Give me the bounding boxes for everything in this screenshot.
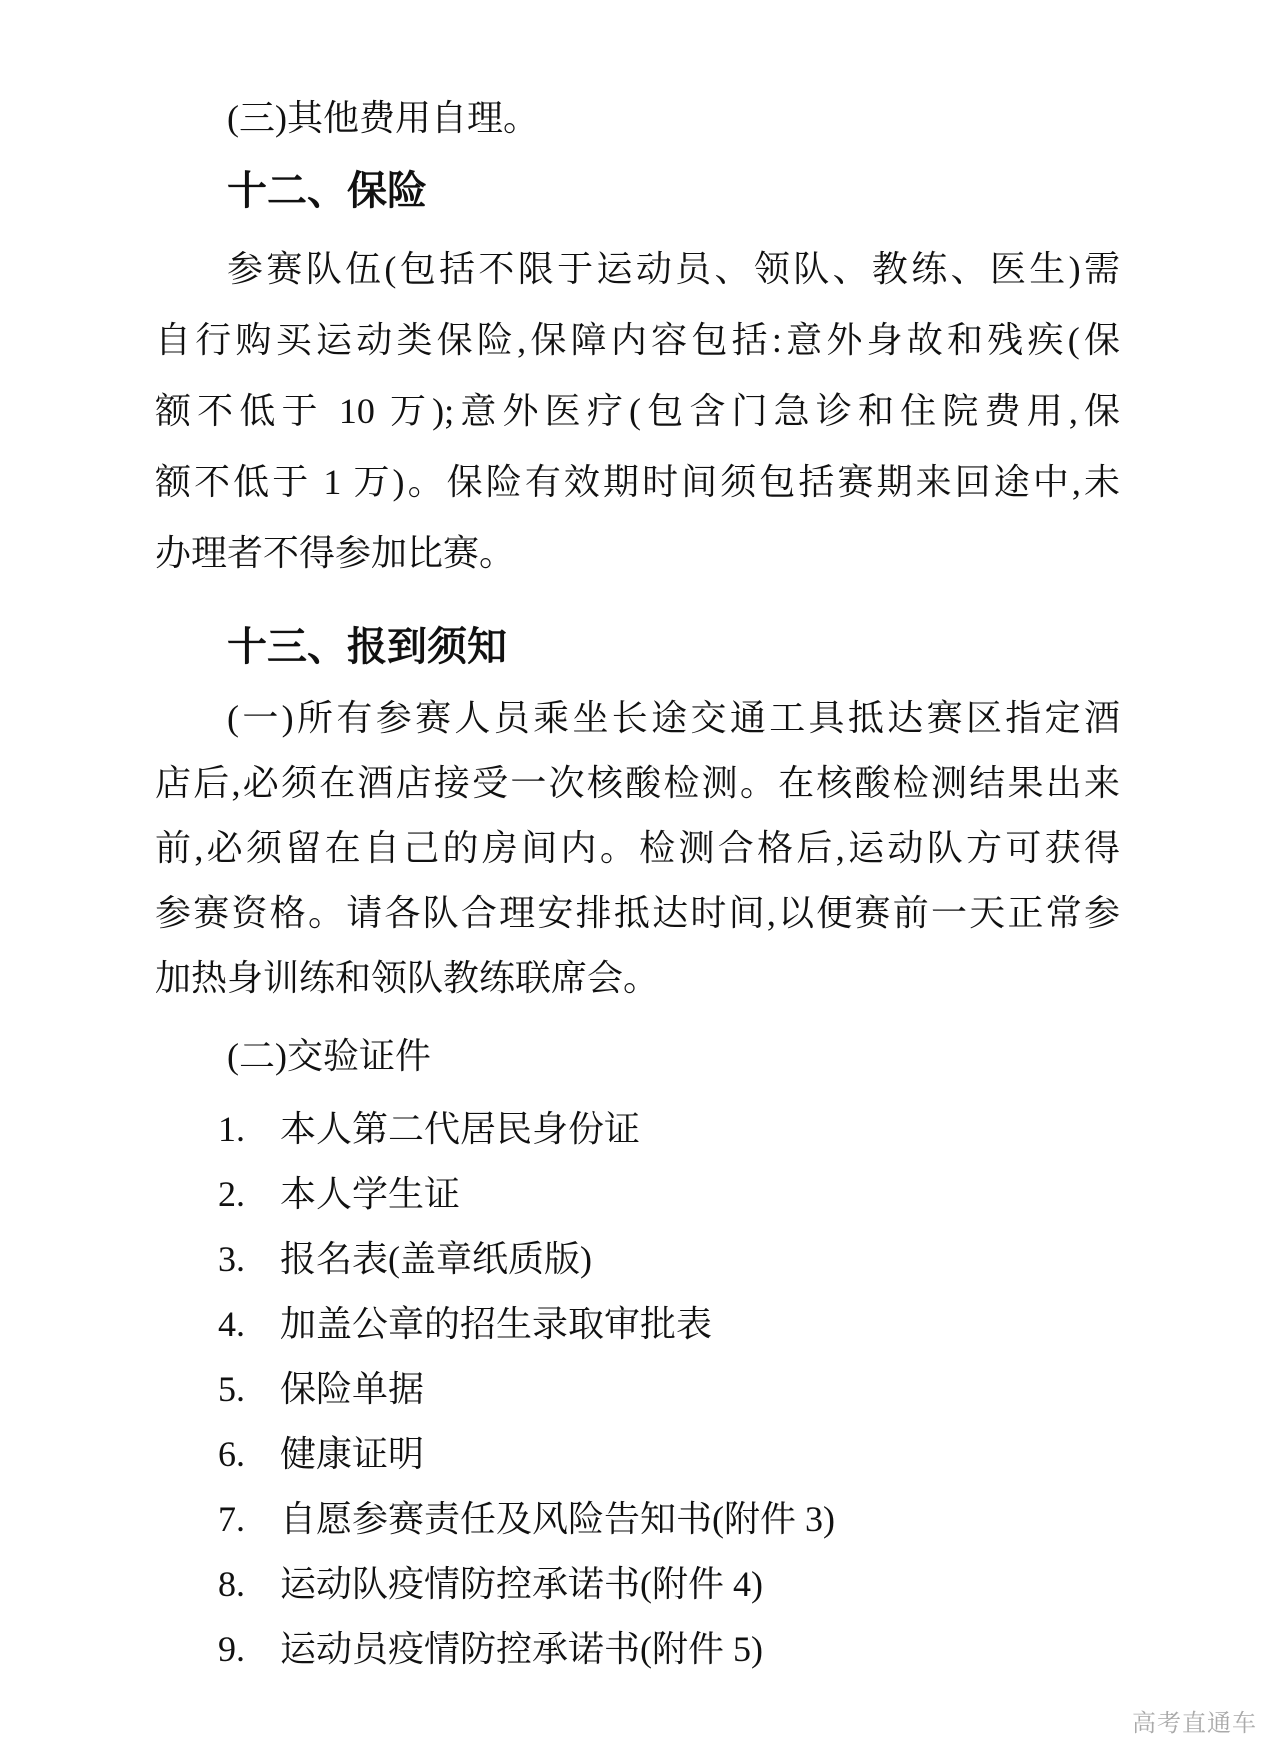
section-heading-insurance: 十二、保险 xyxy=(155,159,1120,224)
paragraph-line: 参赛队伍(包括不限于运动员、领队、教练、医生)需 xyxy=(155,234,1120,305)
doc-item-number: 6. xyxy=(218,1422,280,1487)
doc-item-text: 运动员疫情防控承诺书(附件 5) xyxy=(280,1629,763,1669)
doc-item-text: 健康证明 xyxy=(280,1434,424,1474)
paragraph-line: 店后,必须在酒店接受一次核酸检测。在核酸检测结果出来 xyxy=(155,751,1120,816)
doc-item-number: 4. xyxy=(218,1292,280,1357)
doc-item-number: 1. xyxy=(218,1097,280,1162)
paragraph-line: 额不低于 1 万)。保险有效期时间须包括赛期来回途中,未 xyxy=(155,447,1120,518)
doc-item: 7.自愿参赛责任及风险告知书(附件 3) xyxy=(155,1487,1120,1552)
paragraph-line: 加热身训练和领队教练联席会。 xyxy=(155,946,1120,1011)
doc-item: 3.报名表(盖章纸质版) xyxy=(155,1227,1120,1292)
doc-item: 6.健康证明 xyxy=(155,1422,1120,1487)
doc-item: 9.运动员疫情防控承诺书(附件 5) xyxy=(155,1617,1120,1682)
doc-item: 1.本人第二代居民身份证 xyxy=(155,1097,1120,1162)
paragraph-line: 自行购买运动类保险,保障内容包括:意外身故和残疾(保 xyxy=(155,305,1120,376)
doc-item-number: 5. xyxy=(218,1357,280,1422)
doc-item-text: 报名表(盖章纸质版) xyxy=(280,1239,592,1279)
paragraph-line: 额不低于 10 万);意外医疗(包含门急诊和住院费用,保 xyxy=(155,376,1120,447)
doc-item-number: 2. xyxy=(218,1162,280,1227)
doc-item-text: 本人第二代居民身份证 xyxy=(280,1109,640,1149)
doc-item-text: 加盖公章的招生录取审批表 xyxy=(280,1304,712,1344)
paragraph-line: (一)所有参赛人员乘坐长途交通工具抵达赛区指定酒 xyxy=(155,686,1120,751)
document-page: (三)其他费用自理。 十二、保险 参赛队伍(包括不限于运动员、领队、教练、医生)… xyxy=(0,0,1280,1764)
watermark: 高考直通车 xyxy=(1132,1703,1257,1738)
document-content: (三)其他费用自理。 十二、保险 参赛队伍(包括不限于运动员、领队、教练、医生)… xyxy=(155,86,1120,1682)
doc-item-text: 保险单据 xyxy=(280,1369,424,1409)
section-heading-checkin: 十三、报到须知 xyxy=(155,615,1120,680)
doc-item-text: 自愿参赛责任及风险告知书(附件 3) xyxy=(280,1499,835,1539)
paragraph-line: 办理者不得参加比赛。 xyxy=(155,518,1120,589)
doc-item: 5.保险单据 xyxy=(155,1357,1120,1422)
checkin-paragraph: (一)所有参赛人员乘坐长途交通工具抵达赛区指定酒 店后,必须在酒店接受一次核酸检… xyxy=(155,686,1120,1011)
doc-item-number: 8. xyxy=(218,1552,280,1617)
doc-item: 4.加盖公章的招生录取审批表 xyxy=(155,1292,1120,1357)
doc-item: 8.运动队疫情防控承诺书(附件 4) xyxy=(155,1552,1120,1617)
documents-label: (二)交验证件 xyxy=(155,1024,1120,1089)
doc-item-text: 本人学生证 xyxy=(280,1174,460,1214)
paragraph-line: 参赛资格。请各队合理安排抵达时间,以便赛前一天正常参 xyxy=(155,881,1120,946)
doc-item-number: 9. xyxy=(218,1617,280,1682)
doc-item-number: 7. xyxy=(218,1487,280,1552)
insurance-paragraph: 参赛队伍(包括不限于运动员、领队、教练、医生)需 自行购买运动类保险,保障内容包… xyxy=(155,234,1120,589)
doc-item: 2.本人学生证 xyxy=(155,1162,1120,1227)
doc-item-text: 运动队疫情防控承诺书(附件 4) xyxy=(280,1564,763,1604)
fee-note-line: (三)其他费用自理。 xyxy=(155,86,1120,151)
doc-item-number: 3. xyxy=(218,1227,280,1292)
documents-list: 1.本人第二代居民身份证 2.本人学生证 3.报名表(盖章纸质版) 4.加盖公章… xyxy=(155,1097,1120,1682)
paragraph-line: 前,必须留在自己的房间内。检测合格后,运动队方可获得 xyxy=(155,816,1120,881)
